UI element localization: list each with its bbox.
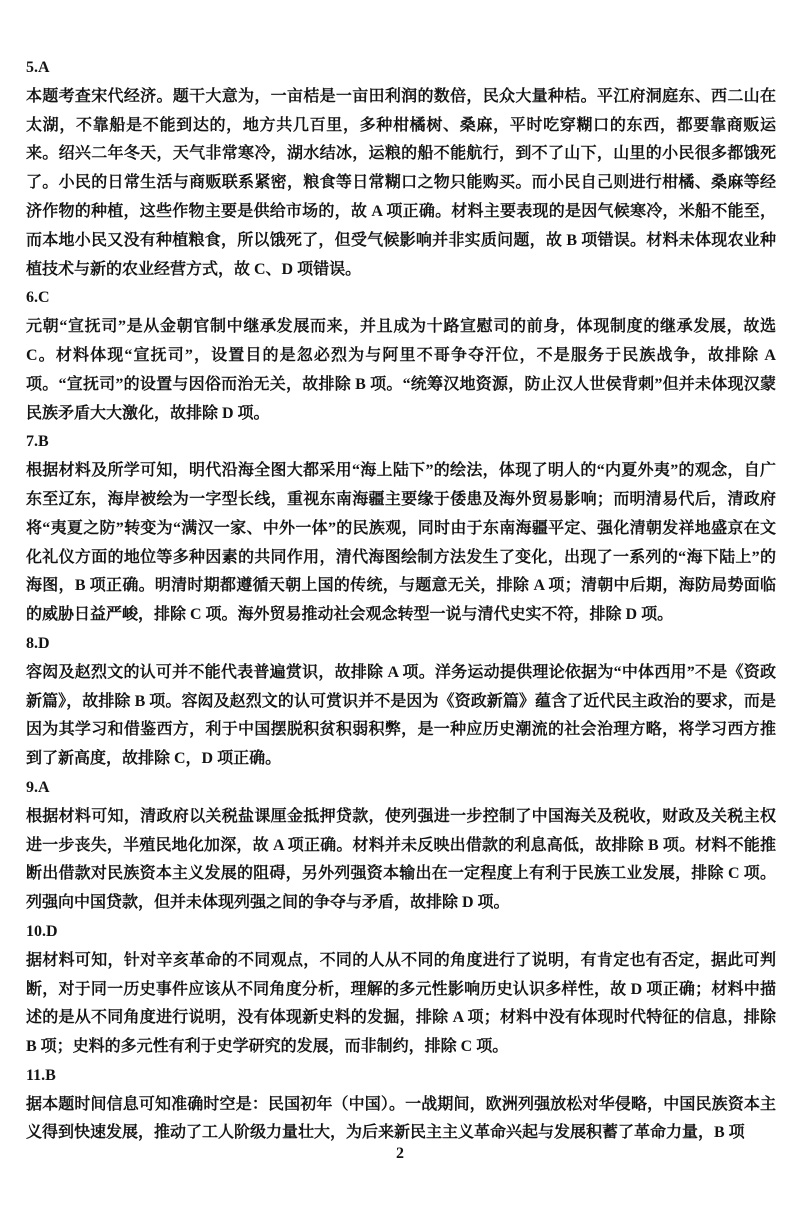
answers-content: 5.A 本题考查宋代经济。题干大意为，一亩桔是一亩田利润的数倍，民众大量种桔。平… xyxy=(26,54,776,1148)
answer-explanation: 根据材料可知，清政府以关税盐课厘金抵押贷款，使列强进一步控制了中国海关及税收，财… xyxy=(26,803,776,918)
answer-section-8: 8.D 容闳及赵烈文的认可并不能代表普遍赏识，故排除 A 项。洋务运动提供理论依… xyxy=(26,630,776,774)
answer-section-9: 9.A 根据材料可知，清政府以关税盐课厘金抵押贷款，使列强进一步控制了中国海关及… xyxy=(26,774,776,918)
answer-explanation: 本题考查宋代经济。题干大意为，一亩桔是一亩田利润的数倍，民众大量种桔。平江府洞庭… xyxy=(26,83,776,285)
answer-number: 8.D xyxy=(26,630,776,659)
answer-section-7: 7.B 根据材料及所学可知，明代沿海全图大都采用“海上陆下”的绘法，体现了明人的… xyxy=(26,428,776,630)
answer-number: 7.B xyxy=(26,428,776,457)
answer-number: 5.A xyxy=(26,54,776,83)
answer-number: 9.A xyxy=(26,774,776,803)
answer-section-11: 11.B 据本题时间信息可知准确时空是：民国初年（中国）。一战期间，欧洲列强放松… xyxy=(26,1062,776,1148)
answer-explanation: 容闳及赵烈文的认可并不能代表普遍赏识，故排除 A 项。洋务运动提供理论依据为“中… xyxy=(26,659,776,774)
answer-section-6: 6.C 元朝“宣抚司”是从金朝官制中继承发展而来，并且成为十路宣慰司的前身，体现… xyxy=(26,284,776,428)
answer-explanation: 根据材料及所学可知，明代沿海全图大都采用“海上陆下”的绘法，体现了明人的“内夏外… xyxy=(26,457,776,630)
answer-number: 10.D xyxy=(26,918,776,947)
answer-explanation: 元朝“宣抚司”是从金朝官制中继承发展而来，并且成为十路宣慰司的前身，体现制度的继… xyxy=(26,313,776,428)
answer-number: 11.B xyxy=(26,1062,776,1091)
answer-number: 6.C xyxy=(26,284,776,313)
answer-section-10: 10.D 据材料可知，针对辛亥革命的不同观点，不同的人从不同的角度进行了说明，有… xyxy=(26,918,776,1062)
answer-explanation: 据材料可知，针对辛亥革命的不同观点，不同的人从不同的角度进行了说明，有肯定也有否… xyxy=(26,947,776,1062)
answer-section-5: 5.A 本题考查宋代经济。题干大意为，一亩桔是一亩田利润的数倍，民众大量种桔。平… xyxy=(26,54,776,284)
answer-explanation: 据本题时间信息可知准确时空是：民国初年（中国）。一战期间，欧洲列强放松对华侵略，… xyxy=(26,1091,776,1149)
page-number: 2 xyxy=(0,1144,800,1164)
